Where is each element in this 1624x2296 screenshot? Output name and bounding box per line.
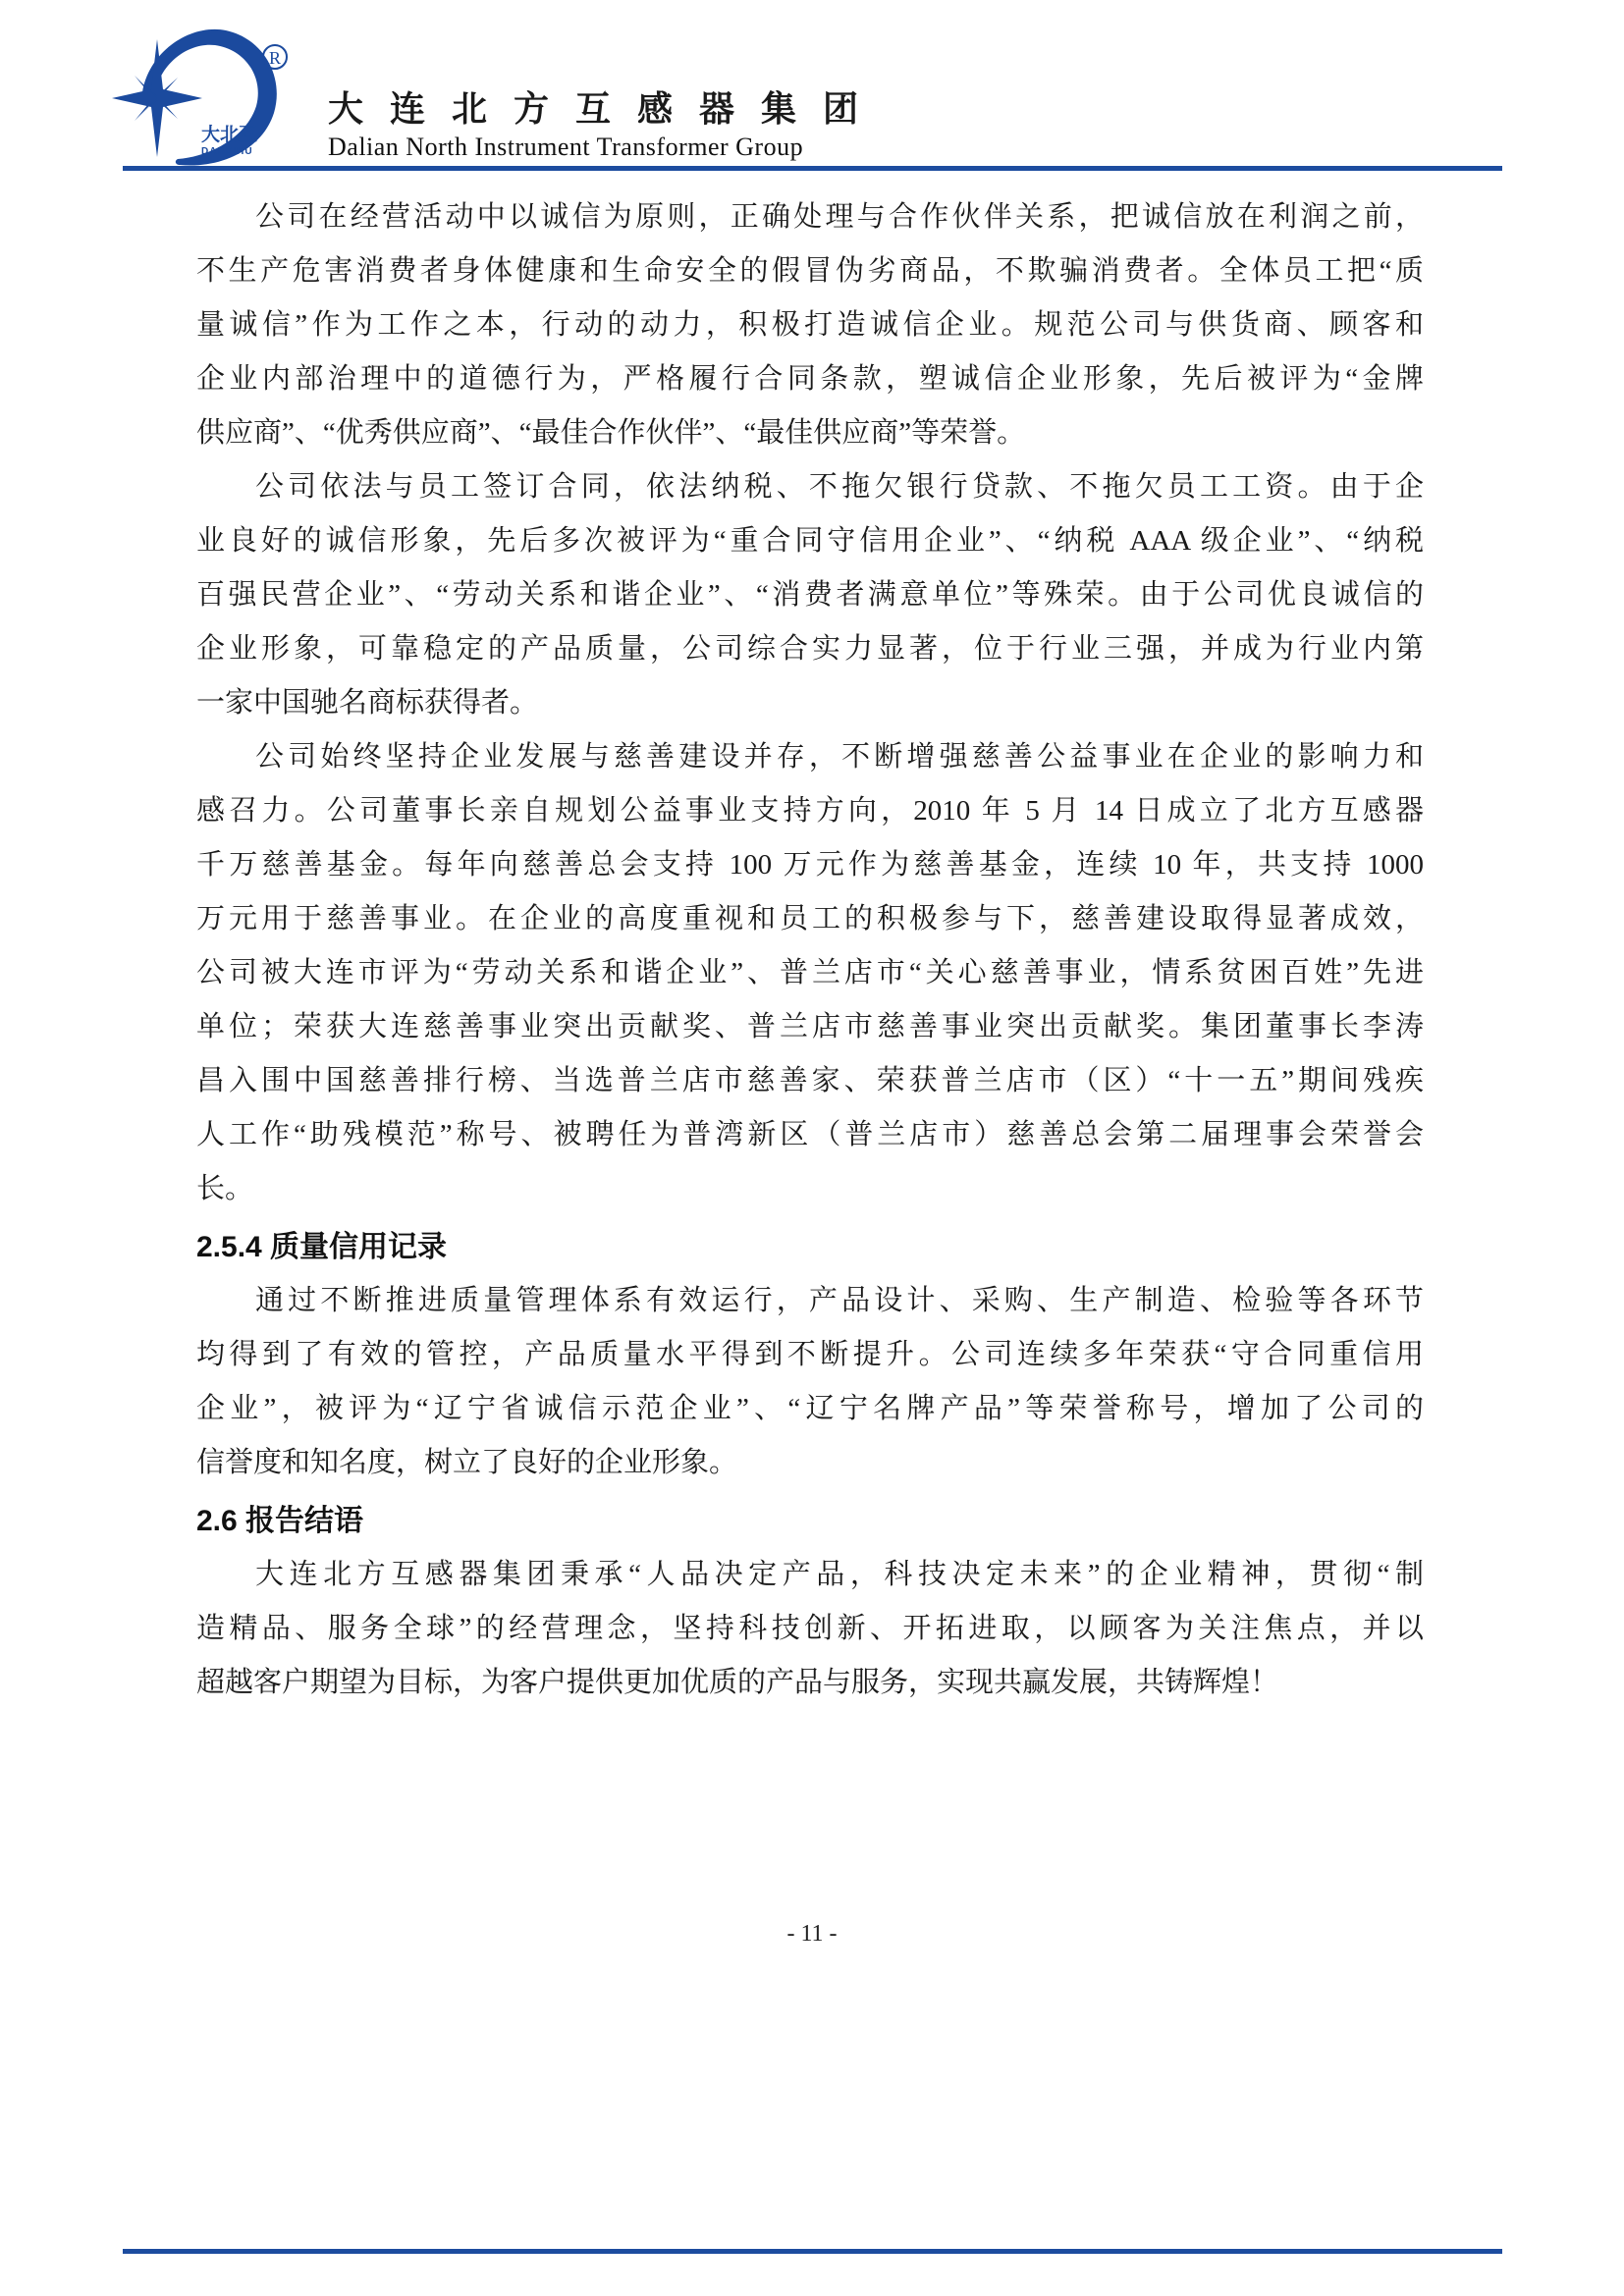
text-line: 企业内部治理中的道德行为，严格履行合同条款，塑诚信企业形象，先后被评为“金牌 <box>196 352 1424 406</box>
text-line: 企业”，被评为“辽宁省诚信示范企业”、“辽宁名牌产品”等荣誉称号，增加了公司的 <box>196 1382 1424 1436</box>
text-line: 量诚信”作为工作之本，行动的动力，积极打造诚信企业。规范公司与供货商、顾客和 <box>196 298 1424 352</box>
text-line: 造精品、服务全球”的经营理念，坚持科技创新、开拓进取，以顾客为关注焦点，并以 <box>196 1602 1424 1656</box>
text-line: 公司被大连市评为“劳动关系和谐企业”、普兰店市“关心慈善事业，情系贫困百姓”先进 <box>196 946 1424 1000</box>
header-divider <box>123 166 1502 171</box>
document-body: 公司在经营活动中以诚信为原则，正确处理与合作伙伴关系，把诚信放在利润之前， 不生… <box>196 190 1424 1710</box>
svg-text:R: R <box>269 48 281 68</box>
text-line: 感召力。公司董事长亲自规划公益事业支持方向，2010 年 5 月 14 日成立了… <box>196 784 1424 838</box>
text-line: 供应商”、“优秀供应商”、“最佳合作伙伴”、“最佳供应商”等荣誉。 <box>196 406 1424 460</box>
paragraph-conclusion: 大连北方互感器集团秉承“人品决定产品，科技决定未来”的企业精神，贯彻“制 造精品… <box>196 1548 1424 1710</box>
header-titles: 大连北方互感器集团 Dalian North Instrument Transf… <box>328 86 885 162</box>
text-line: 百强民营企业”、“劳动关系和谐企业”、“消费者满意单位”等殊荣。由于公司优良诚信… <box>196 568 1424 622</box>
paragraph-legal-compliance: 公司依法与员工签订合同，依法纳税、不拖欠银行贷款、不拖欠员工工资。由于企 业良好… <box>196 460 1424 730</box>
text-line: 万元用于慈善事业。在企业的高度重视和员工的积极参与下，慈善建设取得显著成效， <box>196 892 1424 946</box>
section-heading-report-conclusion: 2.6 报告结语 <box>196 1494 1424 1548</box>
section-heading-quality-credit: 2.5.4 质量信用记录 <box>196 1220 1424 1274</box>
text-line: 人工作“助残模范”称号、被聘任为普湾新区（普兰店市）慈善总会第二届理事会荣誉会 <box>196 1108 1424 1162</box>
text-line: 均得到了有效的管控，产品质量水平得到不断提升。公司连续多年荣获“守合同重信用 <box>196 1328 1424 1382</box>
text-line: 超越客户期望为目标，为客户提供更加优质的产品与服务，实现共赢发展，共铸辉煌！ <box>196 1656 1424 1710</box>
text-line: 业良好的诚信形象，先后多次被评为“重合同守信用企业”、“纳税 AAA 级企业”、… <box>196 514 1424 568</box>
footer-divider <box>123 2249 1502 2254</box>
text-line: 长。 <box>196 1162 1424 1216</box>
company-name-cn: 大连北方互感器集团 <box>328 86 885 132</box>
document-page: R 大北互 DABEIHU 大连北方互感器集团 Dalian North Ins… <box>0 0 1624 2296</box>
text-line: 千万慈善基金。每年向慈善总会支持 100 万元作为慈善基金，连续 10 年，共支… <box>196 838 1424 892</box>
text-line: 信誉度和知名度，树立了良好的企业形象。 <box>196 1436 1424 1490</box>
text-line: 公司依法与员工签订合同，依法纳税、不拖欠银行贷款、不拖欠员工工资。由于企 <box>196 460 1424 514</box>
paragraph-quality-credit: 通过不断推进质量管理体系有效运行，产品设计、采购、生产制造、检验等各环节 均得到… <box>196 1274 1424 1490</box>
text-line: 单位；荣获大连慈善事业突出贡献奖、普兰店市慈善事业突出贡献奖。集团董事长李涛 <box>196 1000 1424 1054</box>
text-line: 公司在经营活动中以诚信为原则，正确处理与合作伙伴关系，把诚信放在利润之前， <box>196 190 1424 244</box>
text-line: 昌入围中国慈善排行榜、当选普兰店市慈善家、荣获普兰店市（区）“十一五”期间残疾 <box>196 1054 1424 1108</box>
logo-name-cn: 大北互 <box>201 123 257 145</box>
text-line: 大连北方互感器集团秉承“人品决定产品，科技决定未来”的企业精神，贯彻“制 <box>196 1548 1424 1602</box>
company-logo: R 大北互 DABEIHU <box>98 20 295 172</box>
text-line: 一家中国驰名商标获得者。 <box>196 676 1424 730</box>
logo-name-en: DABEIHU <box>201 146 253 157</box>
text-line: 企业形象，可靠稳定的产品质量，公司综合实力显著，位于行业三强，并成为行业内第 <box>196 622 1424 676</box>
logo-star-icon <box>112 39 202 157</box>
text-line: 不生产危害消费者身体健康和生命安全的假冒伪劣商品，不欺骗消费者。全体员工把“质 <box>196 244 1424 298</box>
text-line: 公司始终坚持企业发展与慈善建设并存，不断增强慈善公益事业在企业的影响力和 <box>196 730 1424 784</box>
page-number: - 11 - <box>0 1914 1624 1953</box>
company-name-en: Dalian North Instrument Transformer Grou… <box>328 133 885 162</box>
text-line: 通过不断推进质量管理体系有效运行，产品设计、采购、生产制造、检验等各环节 <box>196 1274 1424 1328</box>
registered-trademark-icon: R <box>263 45 287 69</box>
paragraph-integrity-principles: 公司在经营活动中以诚信为原则，正确处理与合作伙伴关系，把诚信放在利润之前， 不生… <box>196 190 1424 460</box>
paragraph-charity: 公司始终坚持企业发展与慈善建设并存，不断增强慈善公益事业在企业的影响力和 感召力… <box>196 730 1424 1216</box>
